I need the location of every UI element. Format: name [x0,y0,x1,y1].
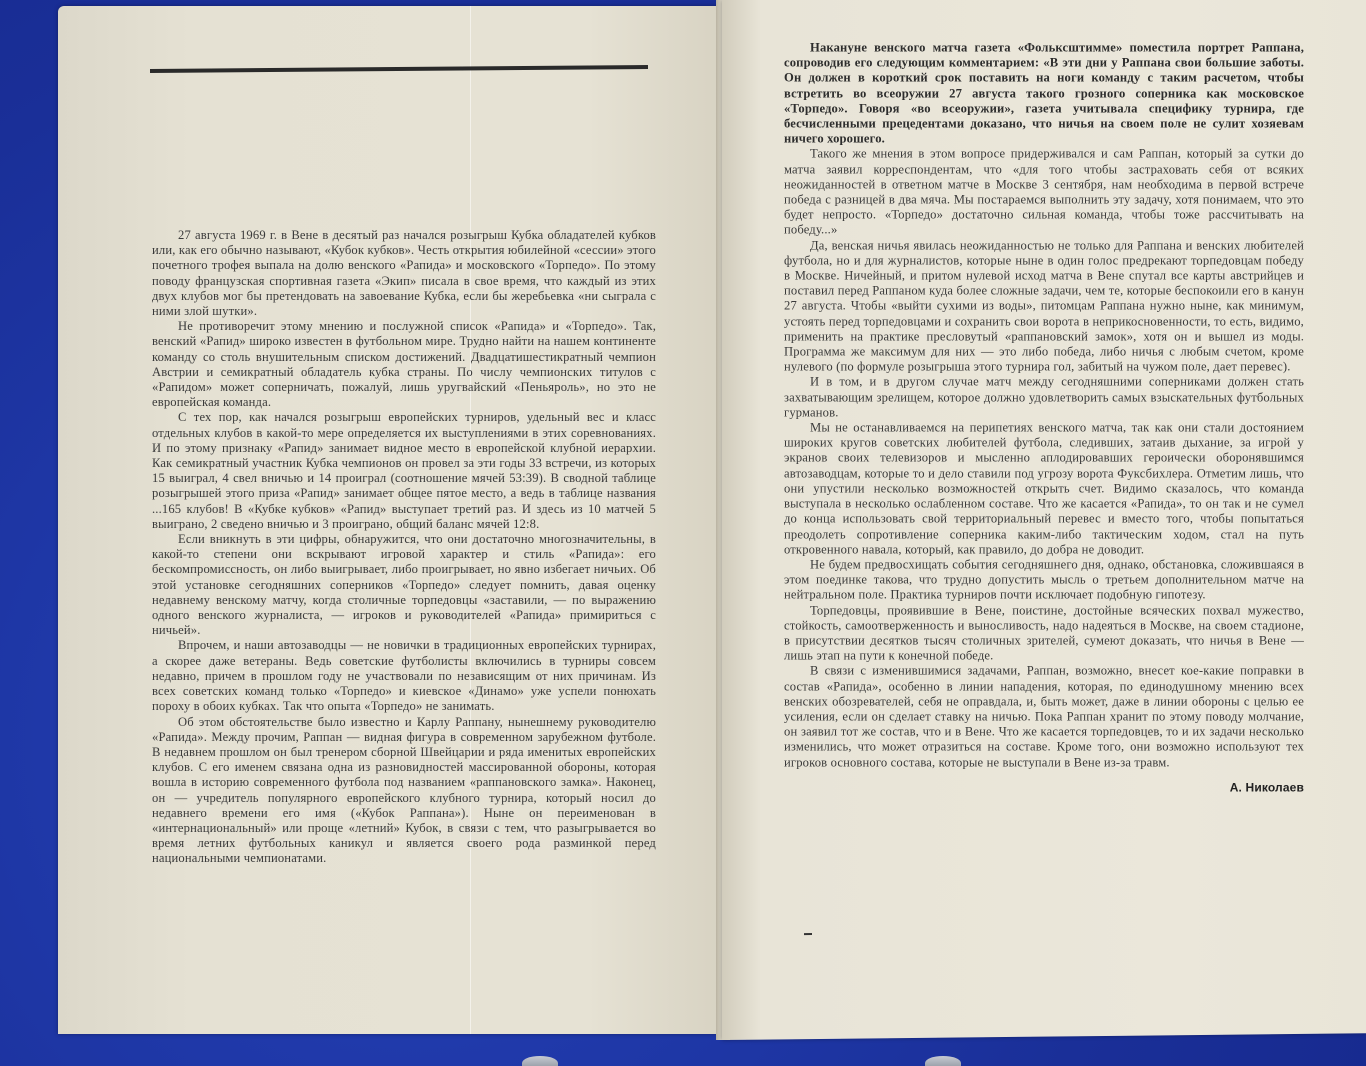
paragraph: Торпедовцы, проявившие в Вене, поистине,… [784,603,1304,664]
coin-decoration [522,1056,558,1066]
paragraph: Да, венская ничья явилась неожиданностью… [784,238,1304,375]
right-article-column: Накануне венского матча газета «Фольксшт… [784,41,1304,796]
paragraph: В связи с изменившимися задачами, Раппан… [784,664,1304,770]
paragraph: Не противоречит этому мнению и послужной… [152,319,656,410]
right-page: Накануне венского матча газета «Фольксшт… [722,0,1366,1040]
author-signature: А. Николаев [784,780,1304,795]
paragraph: Если вникнуть в эти цифры, обнаружится, … [152,532,656,638]
paragraph: С тех пор, как начался розыгрыш европейс… [152,410,656,532]
paragraph: Впрочем, и наши автозаводцы — не новички… [152,638,656,714]
left-article-column: 27 августа 1969 г. в Вене в десятый раз … [152,228,656,867]
coin-decoration [925,1056,961,1066]
lead-paragraph: Накануне венского матча газета «Фольксшт… [784,41,1304,147]
left-page: 27 августа 1969 г. в Вене в десятый раз … [58,6,718,1034]
header-rule [150,65,648,73]
end-mark [804,933,812,935]
paragraph: Такого же мнения в этом вопросе придержи… [784,147,1304,238]
paragraph: Мы не останавливаемся на перипетиях венс… [784,421,1304,558]
paragraph: Об этом обстоятельстве было известно и К… [152,715,656,867]
paragraph: 27 августа 1969 г. в Вене в десятый раз … [152,228,656,319]
paragraph: И в том, и в другом случае матч между се… [784,375,1304,421]
paragraph: Не будем предвосхищать события сегодняшн… [784,558,1304,604]
